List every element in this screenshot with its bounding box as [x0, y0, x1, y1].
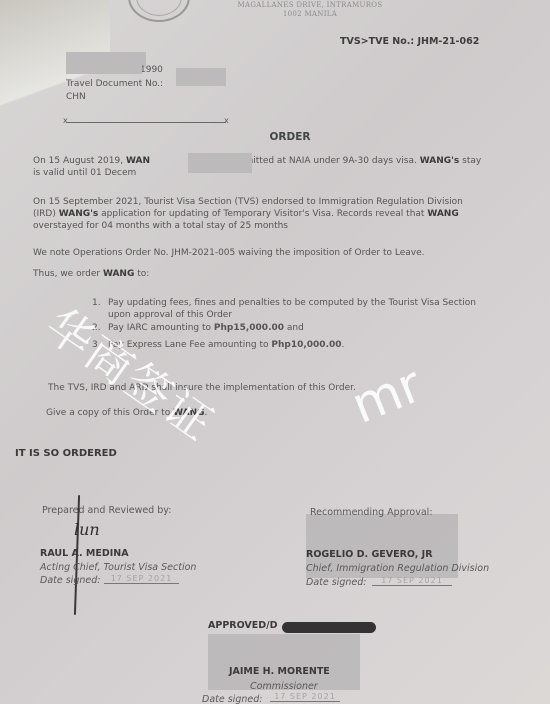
subject-name: WANG	[427, 209, 458, 219]
reference-number: TVS>TVE No.: JHM-21-062	[340, 36, 479, 47]
marker-redaction	[282, 622, 376, 633]
text: .	[205, 408, 208, 418]
travel-document-label: Travel Document No.:	[66, 79, 163, 89]
paper-fold-shadow	[0, 0, 110, 150]
paragraph-copy: Give a copy of this Order to WANG.	[46, 407, 501, 419]
so-ordered-heading: IT IS SO ORDERED	[15, 448, 117, 459]
letterhead-address: MAGALLANES DRIVE, INTRAMUROS 1002 MANILA	[230, 1, 390, 19]
address-line-2: 1002 MANILA	[230, 10, 390, 19]
item-3-text: Pay Express Lane Fee amounting to Php10,…	[108, 340, 344, 350]
item-3-number: 3.	[92, 340, 101, 350]
item-1-text-cont: upon approval of this Order	[108, 310, 232, 320]
text: and	[284, 323, 304, 333]
divider-line	[66, 122, 226, 123]
medina-signature: lun	[74, 520, 100, 539]
document-title: ORDER	[0, 131, 550, 143]
text: Pay IARC amounting to	[108, 323, 214, 333]
subject-name: WANG's	[59, 209, 99, 219]
redaction-block	[66, 60, 142, 74]
text: overstayed for 04 months with a total st…	[33, 221, 288, 231]
amount: Php15,000.00	[214, 323, 284, 333]
recommending-date-label: Date signed:	[306, 577, 366, 588]
paragraph-implementation: The TVS, IRD and ARD shall insure the im…	[48, 382, 503, 394]
item-1-text: Pay updating fees, fines and penalties t…	[108, 298, 528, 308]
approved-label: APPROVED/D	[208, 620, 278, 631]
recommending-title: Chief, Immigration Regulation Division	[306, 563, 489, 574]
address-line-1: MAGALLANES DRIVE, INTRAMUROS	[230, 1, 390, 10]
paragraph-order-intro: Thus, we order WANG to:	[33, 268, 488, 280]
paragraph-admission: On 15 August 2019, WAN was admitted at N…	[33, 155, 488, 179]
paragraph-operations-order: We note Operations Order No. JHM-2021-00…	[33, 247, 488, 259]
divider-start-mark: x	[63, 116, 68, 125]
prepared-date: 17 SEP 2021	[104, 574, 179, 584]
item-2-text: Pay IARC amounting to Php15,000.00 and	[108, 323, 304, 333]
prepared-title: Acting Chief, Tourist Visa Section	[40, 562, 196, 573]
text: .	[342, 340, 345, 350]
approved-date: 17 SEP 2021	[270, 692, 340, 702]
subject-name: WANG's	[420, 156, 460, 166]
birth-date-fragment: 1990	[140, 65, 163, 75]
redaction-block	[176, 68, 226, 86]
redaction-block	[188, 153, 252, 173]
prepared-label: Prepared and Reviewed by:	[42, 505, 171, 516]
text: On 15 August 2019,	[33, 156, 126, 166]
subject-name: WANG	[173, 408, 204, 418]
approved-date-label: Date signed:	[202, 694, 262, 704]
recommending-label: Recommending Approval:	[310, 507, 433, 518]
subject-name: WAN	[126, 156, 150, 166]
recommending-date: 17 SEP 2021	[372, 576, 452, 586]
nationality: CHN	[66, 92, 86, 102]
text: to:	[134, 269, 149, 279]
recommending-name: ROGELIO D. GEVERO, JR	[306, 549, 433, 560]
text: Thus, we order	[33, 269, 103, 279]
divider-end-mark: x	[224, 116, 229, 125]
subject-name: WANG	[103, 269, 134, 279]
approved-name: JAIME H. MORENTE	[229, 666, 330, 677]
text: Give a copy of this Order to	[46, 408, 173, 418]
item-1-number: 1.	[92, 298, 101, 308]
watermark-latin: mr	[344, 355, 430, 435]
amount: Php10,000.00	[271, 340, 341, 350]
text: application for updating of Temporary Vi…	[98, 209, 427, 219]
text: Pay Express Lane Fee amounting to	[108, 340, 271, 350]
prepared-date-label: Date signed:	[40, 575, 100, 586]
item-2-number: 2.	[92, 323, 101, 333]
prepared-name: RAUL A. MEDINA	[40, 548, 129, 559]
paragraph-endorsement: On 15 September 2021, Tourist Visa Secti…	[33, 196, 488, 232]
approved-title: Commissioner	[250, 681, 318, 692]
bureau-seal-icon	[128, 0, 190, 22]
